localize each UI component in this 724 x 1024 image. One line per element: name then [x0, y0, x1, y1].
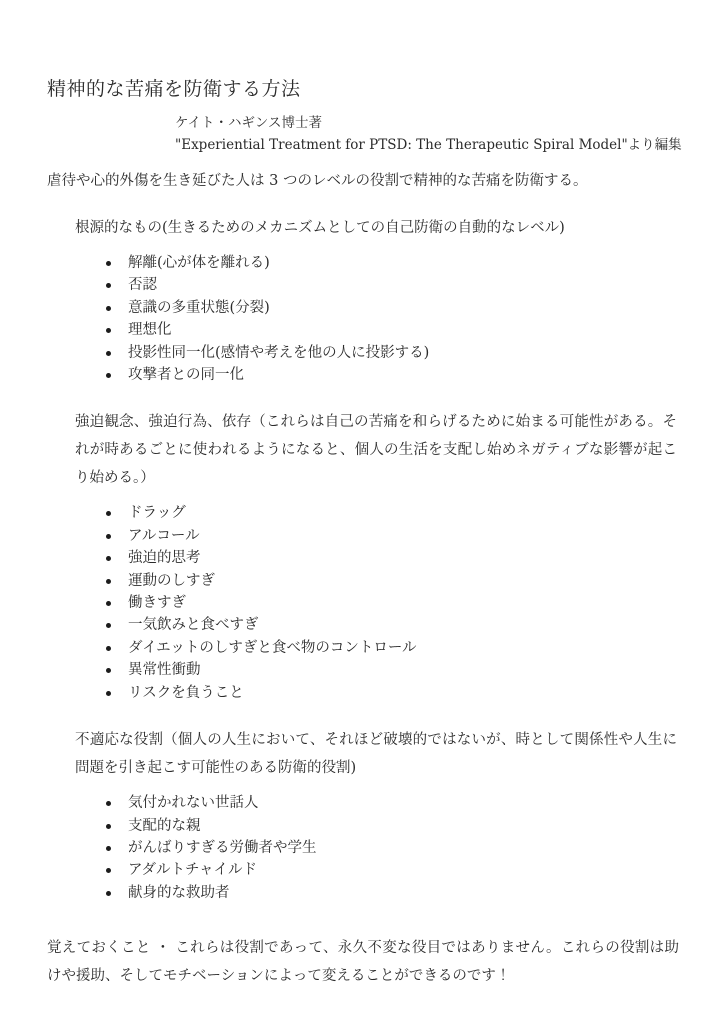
section-heading: 強迫観念、強迫行為、依存（これらは自己の苦痛を和らげるために始まる可能性がある。… — [75, 408, 677, 492]
list-item: ドラッグ — [128, 502, 677, 524]
list-item: 気付かれない世話人 — [128, 792, 677, 814]
byline-author: ケイト・ハギンス博士著 — [175, 112, 677, 134]
page-title: 精神的な苦痛を防衛する方法 — [47, 76, 677, 102]
list-item: がんばりすぎる労働者や学生 — [128, 837, 677, 859]
byline-source: "Experiential Treatment for PTSD: The Th… — [175, 134, 677, 156]
bullet-list: 気付かれない世話人支配的な親がんばりすぎる労働者や学生アダルトチャイルド献身的な… — [47, 792, 677, 904]
list-item: 異常性衝動 — [128, 659, 677, 681]
section-heading: 根源的なもの(生きるためのメカニズムとしての自己防衛の自動的なレベル) — [75, 214, 677, 242]
sections-container: 根源的なもの(生きるためのメカニズムとしての自己防衛の自動的なレベル)解離(心が… — [47, 214, 677, 904]
list-item: 否認 — [128, 274, 677, 296]
list-item: 一気飲みと食べすぎ — [128, 614, 677, 636]
list-item: 攻撃者との同一化 — [128, 364, 677, 386]
list-item: リスクを負うこと — [128, 682, 677, 704]
list-item: 意識の多重状態(分裂) — [128, 297, 677, 319]
list-item: 働きすぎ — [128, 592, 677, 614]
document-page: 精神的な苦痛を防衛する方法 ケイト・ハギンス博士著 "Experiential … — [0, 0, 724, 1024]
list-item: 理想化 — [128, 319, 677, 341]
list-item: アルコール — [128, 525, 677, 547]
list-item: 解離(心が体を離れる) — [128, 252, 677, 274]
list-item: 投影性同一化(感情や考えを他の人に投影する) — [128, 342, 677, 364]
closing-paragraph: 覚えておくこと ・ これらは役割であって、永久不変な役目ではありません。これらの… — [47, 934, 679, 990]
list-item: 運動のしすぎ — [128, 570, 677, 592]
list-item: 強迫的思考 — [128, 547, 677, 569]
list-item: アダルトチャイルド — [128, 859, 677, 881]
document-section-2: 強迫観念、強迫行為、依存（これらは自己の苦痛を和らげるために始まる可能性がある。… — [47, 408, 677, 704]
bullet-list: 解離(心が体を離れる)否認意識の多重状態(分裂)理想化投影性同一化(感情や考えを… — [47, 252, 677, 386]
list-item: 支配的な親 — [128, 815, 677, 837]
document-section-3: 不適応な役割（個人の人生において、それほど破壊的ではないが、時として関係性や人生… — [47, 726, 677, 904]
list-item: 献身的な救助者 — [128, 882, 677, 904]
byline: ケイト・ハギンス博士著 "Experiential Treatment for … — [175, 112, 677, 156]
bullet-list: ドラッグアルコール強迫的思考運動のしすぎ働きすぎ一気飲みと食べすぎダイエットのし… — [47, 502, 677, 704]
document-section-1: 根源的なもの(生きるためのメカニズムとしての自己防衛の自動的なレベル)解離(心が… — [47, 214, 677, 386]
list-item: ダイエットのしすぎと食べ物のコントロール — [128, 637, 677, 659]
intro-paragraph: 虐待や心的外傷を生き延びた人は 3 つのレベルの役割で精神的な苦痛を防衛する。 — [47, 170, 677, 192]
section-heading: 不適応な役割（個人の人生において、それほど破壊的ではないが、時として関係性や人生… — [75, 726, 677, 782]
